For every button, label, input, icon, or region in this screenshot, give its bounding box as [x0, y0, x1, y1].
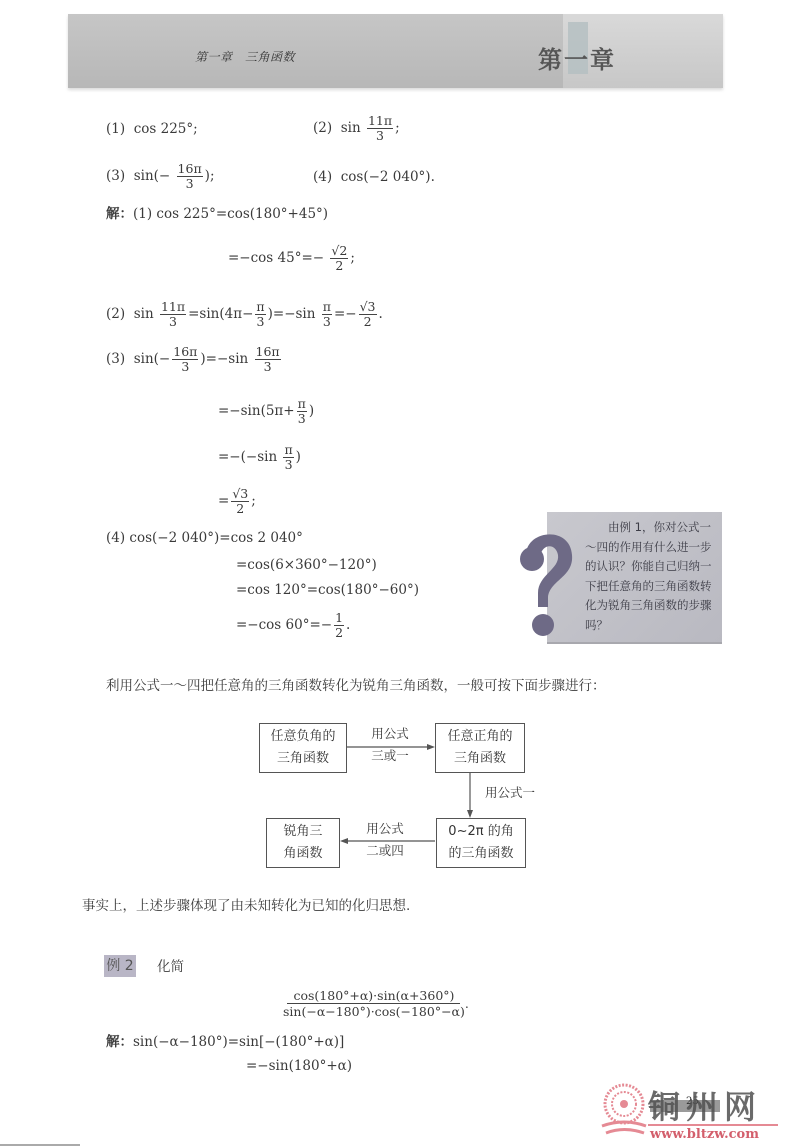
watermark-name: 铜州网	[648, 1082, 762, 1128]
exercise-item-4: (4) cos(−2 040°).	[313, 168, 435, 186]
paragraph-reduction-idea: 事实上，上述步骤体现了由未知转化为已知的化归思想.	[82, 897, 410, 915]
example-2-badge: 例 2	[104, 955, 136, 977]
exercise-item-2: (2) sin 11π3;	[313, 114, 400, 143]
chapter-header-band	[68, 14, 723, 88]
example-2-title: 化简	[157, 958, 184, 976]
solution-4-line-2: =cos(6×360°−120°)	[236, 556, 377, 574]
watermark-url: www.bltzw.com	[650, 1127, 759, 1142]
solution-1-line-2: =−cos 45°=− √22;	[228, 244, 355, 273]
solution-4-line-1: (4) cos(−2 040°)=cos 2 040°	[106, 529, 303, 547]
solution-4-line-4: =−cos 60°=−12.	[236, 611, 350, 640]
example-2-expression: cos(180°+α)·sin(α+360°) sin(−α−180°)·cos…	[283, 988, 469, 1019]
flow-label-formula-2-or-4: 用公式二或四	[355, 818, 415, 862]
solution-3-line-3: =−(−sin π3)	[218, 443, 301, 472]
solution-2: (2) sin 11π3=sin(4π−π3)=−sin π3=−√32.	[106, 300, 383, 329]
flow-label-formula-3-or-1: 用公式三或一	[360, 723, 420, 767]
solution-3-line-2: =−sin(5π+π3)	[218, 397, 314, 426]
running-title: 第一章 三角函数	[195, 48, 295, 65]
watermark-divider	[648, 1124, 778, 1126]
solution-3-line-4: =√32;	[218, 487, 256, 516]
arrow-right-icon	[427, 744, 435, 750]
exercise-item-3: (3) sin(− 16π3);	[106, 162, 215, 191]
example-2-solution-line-2: =−sin(180°+α)	[246, 1057, 352, 1075]
arrow-down-icon	[467, 810, 473, 818]
chapter-label: 第一章	[538, 40, 616, 75]
solution-1-line-1: 解：(1) cos 225°=cos(180°+45°)	[106, 205, 328, 223]
bottom-edge-line	[0, 1144, 80, 1146]
question-mark-icon	[518, 525, 578, 640]
exercise-item-1: (1) cos 225°;	[106, 120, 198, 138]
example-2-solution-line-1: 解：sin(−α−180°)=sin[−(180°+α)]	[106, 1033, 344, 1051]
solution-4-line-3: =cos 120°=cos(180°−60°)	[236, 581, 419, 599]
solution-3-line-1: (3) sin(−16π3)=−sin 16π3	[106, 345, 283, 374]
arrow-left-icon	[340, 838, 348, 844]
watermark: 铜州网 www.bltzw.com	[600, 1082, 785, 1142]
watermark-logo-icon	[600, 1082, 648, 1137]
header-left-panel	[68, 14, 563, 88]
flow-label-formula-1: 用公式一	[475, 782, 545, 804]
paragraph-steps-intro: 利用公式一～四把任意角的三角函数转化为锐角三角函数，一般可按下面步骤进行：	[106, 677, 606, 695]
thinking-callout-text: 由例 1，你对公式一～四的作用有什么进一步的认识？你能自己归纳一下把任意角的三角…	[585, 518, 715, 635]
